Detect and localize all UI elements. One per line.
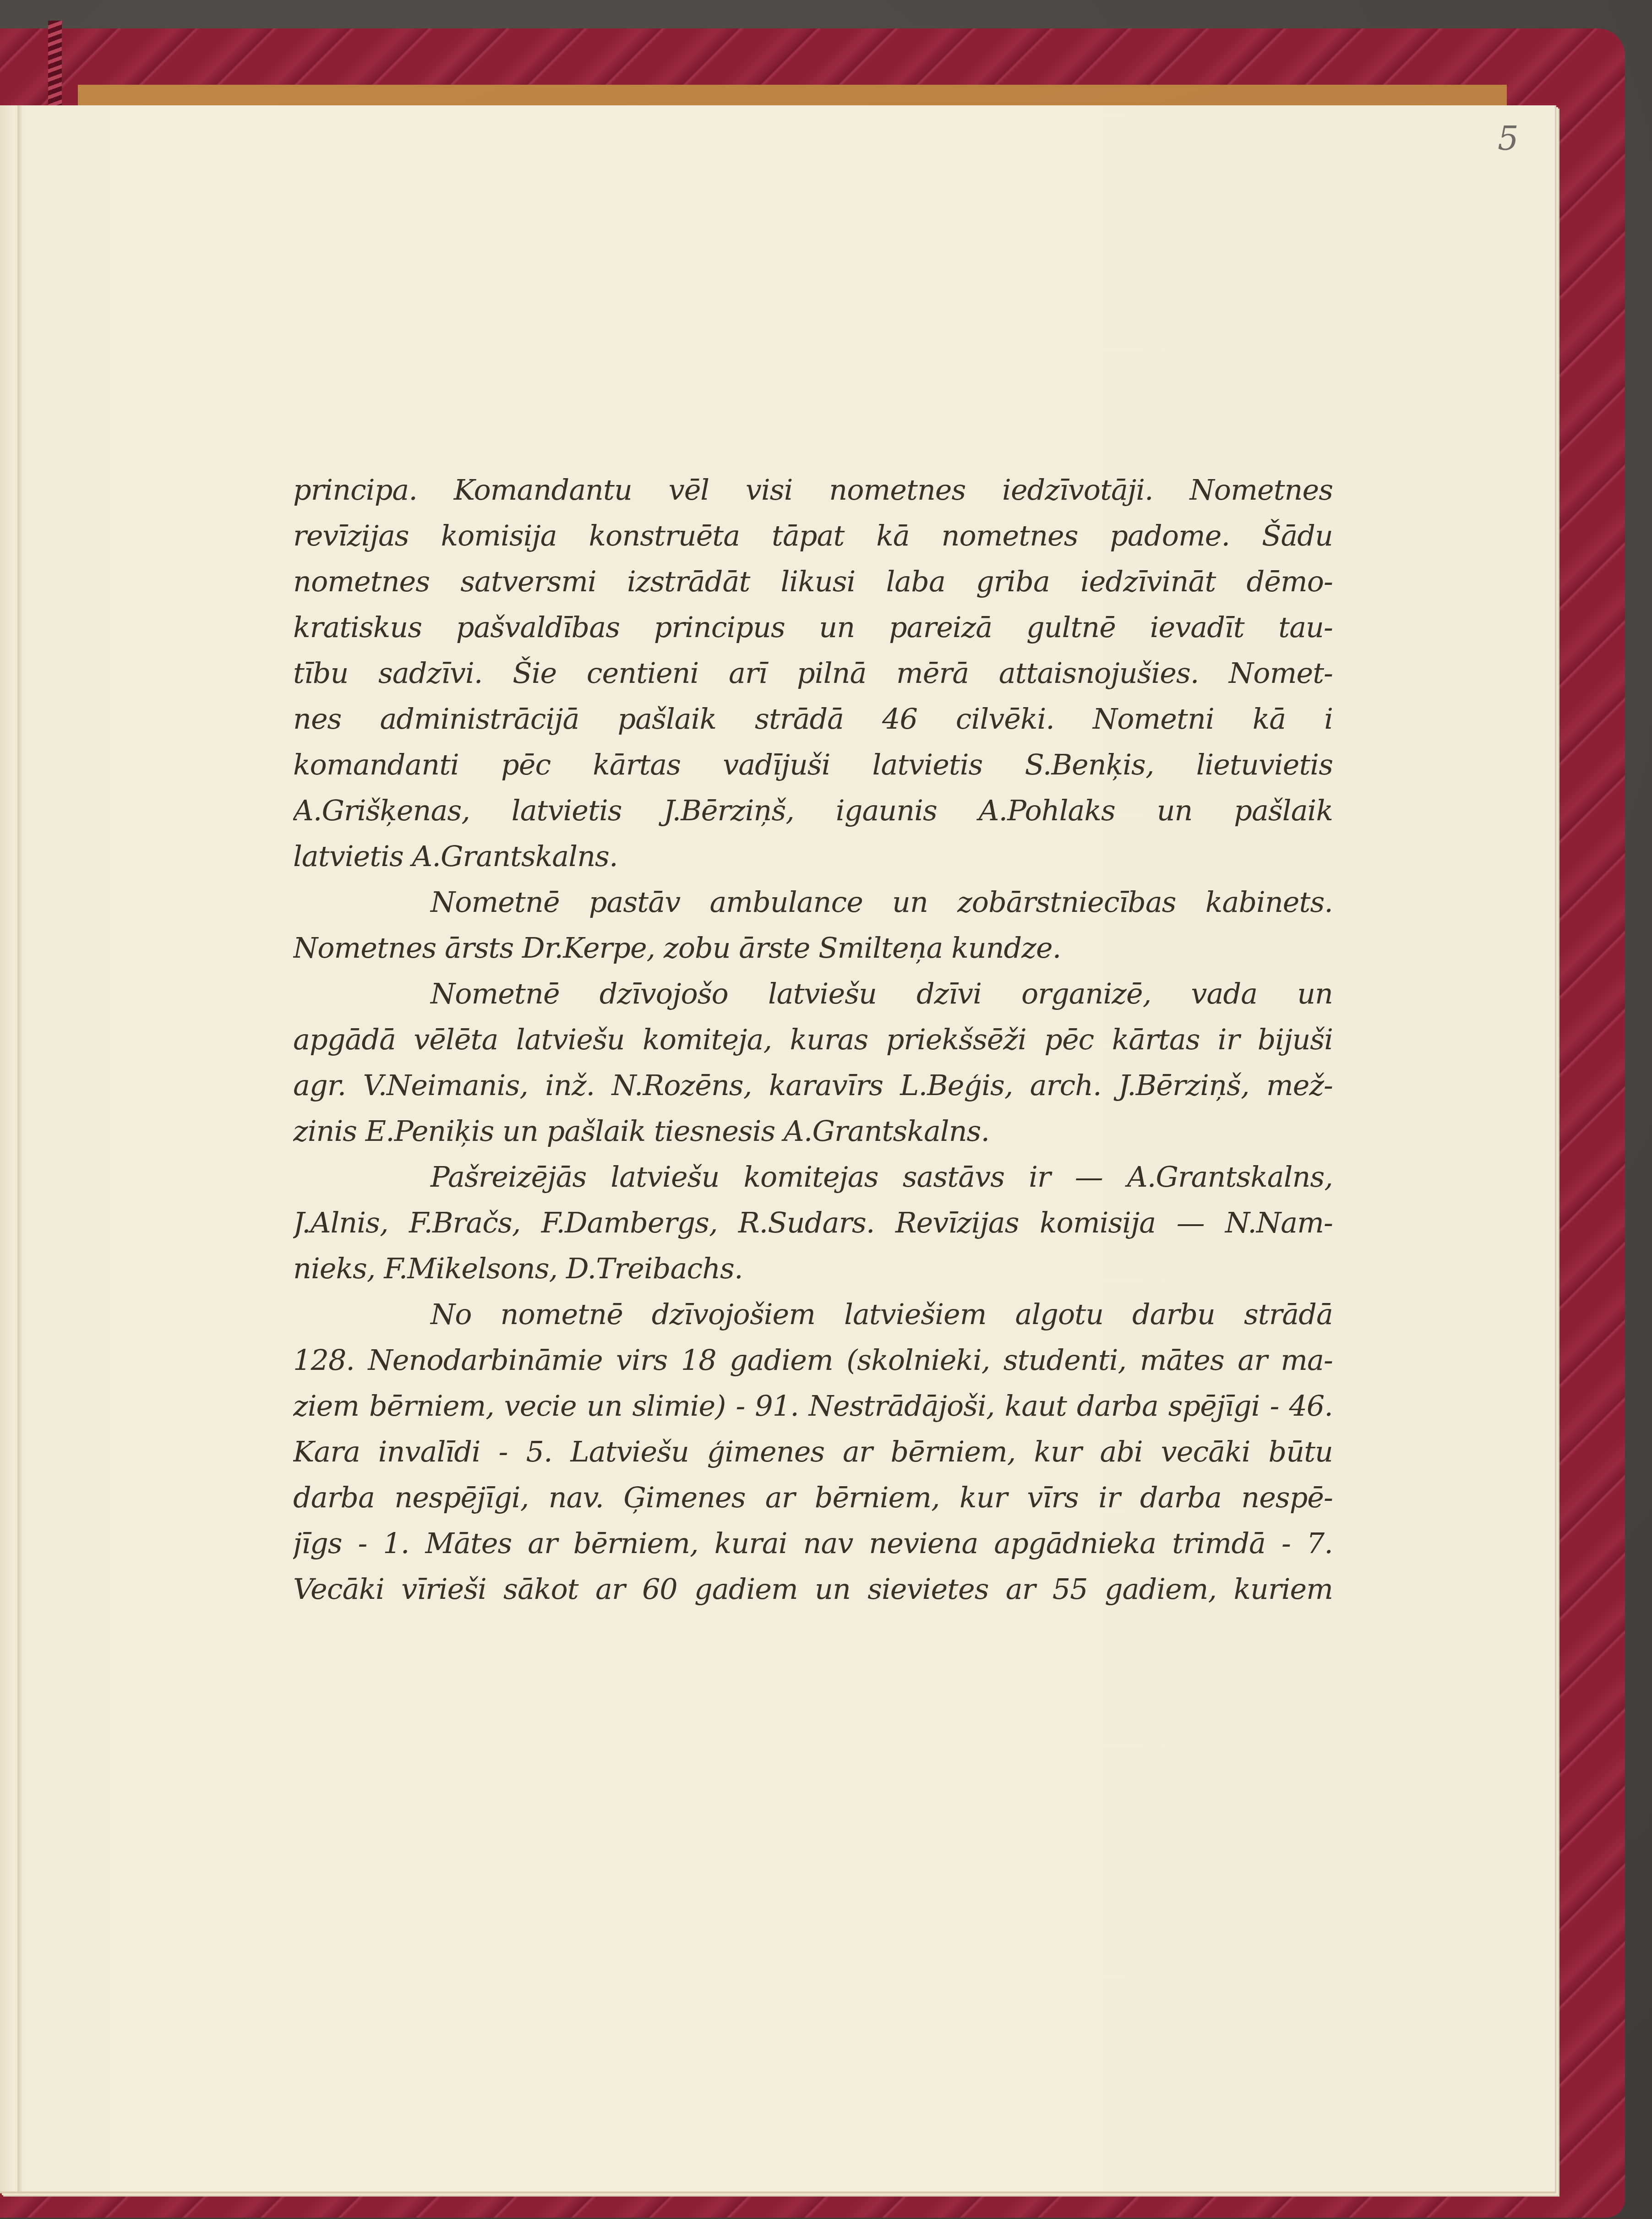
paragraph-start-line: Nometnē dzīvojošo latviešu dzīvi organiz… (293, 971, 1333, 1017)
text-line: A.Grišķenas, latvietis J.Bērziņš, igauni… (293, 788, 1333, 834)
text-line: zinis E.Peniķis un pašlaik tiesnesis A.G… (293, 1108, 1333, 1154)
text-line: latvietis A.Grantskalns. (293, 834, 1333, 879)
text-line: revīzijas komisija konstruēta tāpat kā n… (293, 513, 1333, 559)
page-number: 5 (1498, 119, 1519, 158)
paragraph-start-line: Nometnē pastāv ambulance un zobārstniecī… (293, 879, 1333, 925)
text-line: nieks, F.Mikelsons, D.Treibachs. (293, 1246, 1333, 1292)
text-line: Kara invalīdi - 5. Latviešu ģimenes ar b… (293, 1429, 1333, 1475)
text-line: darba nespējīgi, nav. Ģimenes ar bērniem… (293, 1475, 1333, 1521)
calligraphic-text-block: principa. Komandantu vēl visi nometnes i… (293, 467, 1333, 1612)
paragraph-start-line: No nometnē dzīvojošiem latviešiem algotu… (293, 1292, 1333, 1337)
text-line: nometnes satversmi izstrādāt likusi laba… (293, 559, 1333, 605)
text-line: principa. Komandantu vēl visi nometnes i… (293, 467, 1333, 513)
text-line: komandanti pēc kārtas vadījuši latvietis… (293, 742, 1333, 788)
text-line: Vecāki vīrieši sākot ar 60 gadiem un sie… (293, 1566, 1333, 1612)
binding-cord (48, 21, 62, 119)
text-line: kratiskus pašvaldības principus un parei… (293, 605, 1333, 650)
text-line: agr. V.Neimanis, inž. N.Rozēns, karavīrs… (293, 1063, 1333, 1108)
text-line: ziem bērniem, vecie un slimie) - 91. Nes… (293, 1383, 1333, 1429)
page-gutter-fold (17, 105, 22, 2192)
text-line: Nometnes ārsts Dr.Kerpe, zobu ārste Smil… (293, 925, 1333, 971)
text-line: jīgs - 1. Mātes ar bērniem, kurai nav ne… (293, 1521, 1333, 1566)
text-line: tību sadzīvi. Šie centieni arī pilnā mēr… (293, 650, 1333, 696)
text-line: nes administrācijā pašlaik strādā 46 cil… (293, 696, 1333, 742)
paragraph-start-line: Pašreizējās latviešu komitejas sastāvs i… (293, 1154, 1333, 1200)
text-line: apgādā vēlēta latviešu komiteja, kuras p… (293, 1017, 1333, 1063)
text-line: J.Alnis, F.Bračs, F.Dambergs, R.Sudars. … (293, 1200, 1333, 1246)
text-line: 128. Nenodarbināmie virs 18 gadiem (skol… (293, 1337, 1333, 1383)
